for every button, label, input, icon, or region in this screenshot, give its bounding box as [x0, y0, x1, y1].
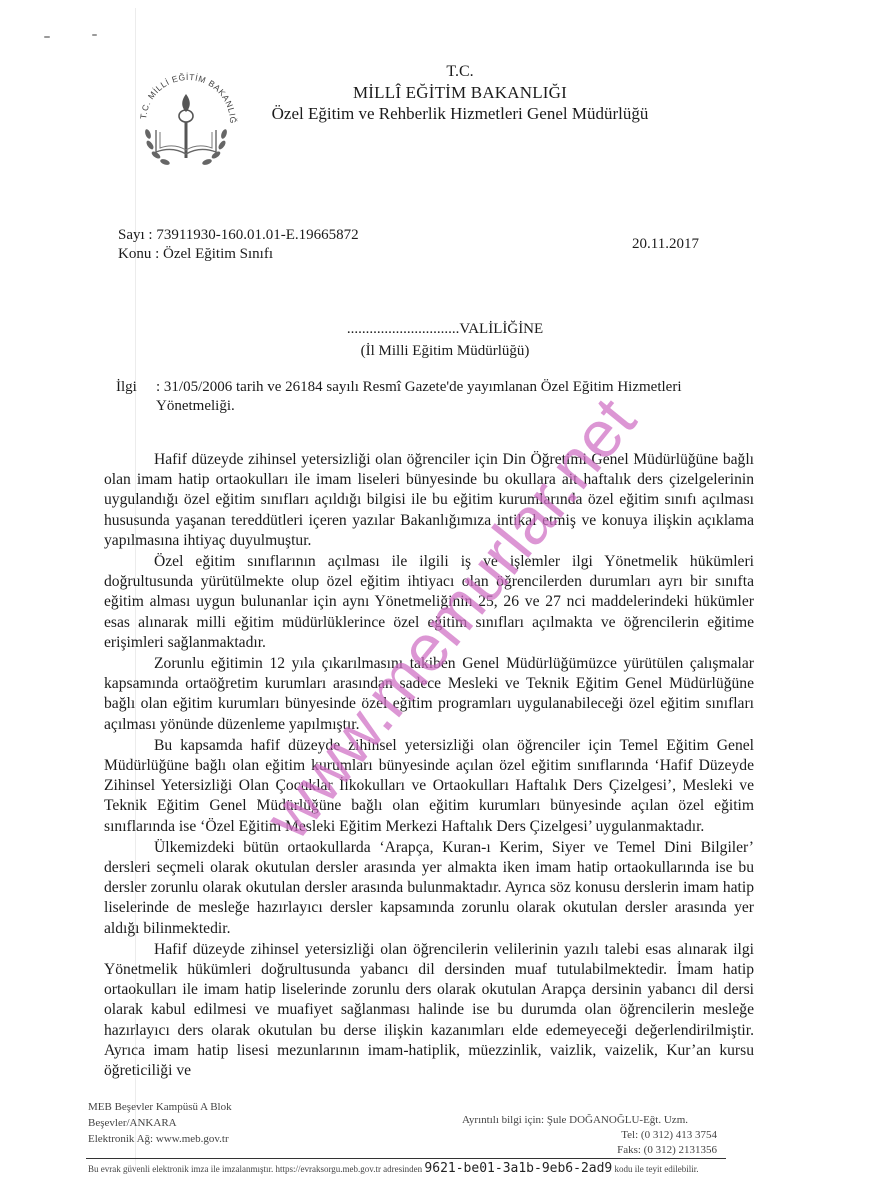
ministry-seal-torch-book-icon: T.C. MİLLİ EĞİTİM BAKANLIĞI: [132, 60, 240, 180]
department-name: Özel Eğitim ve Rehberlik Hizmetleri Gene…: [250, 103, 670, 124]
body-paragraph: Özel eğitim sınıflarının açılması ile il…: [104, 552, 754, 653]
verification-suffix: kodu ile teyit edilebilir.: [615, 1164, 699, 1174]
address-line: Beşevler/ANKARA: [88, 1115, 232, 1131]
document-subject: Konu : Özel Eğitim Sınıfı: [118, 245, 273, 264]
footer-address: MEB Beşevler Kampüsü A Blok Beşevler/ANK…: [88, 1099, 232, 1147]
addressee-subline: (İl Milli Eğitim Müdürlüğü): [280, 340, 610, 362]
body-paragraph: Bu kapsamda hafif düzeyde zihinsel yeter…: [104, 736, 754, 837]
e-signature-note: Bu evrak güvenli elektronik imza ile imz…: [88, 1161, 699, 1176]
footer-contact: Ayrıntılı bilgi için: Şule DOĞANOĞLU-Eğt…: [462, 1113, 717, 1158]
scan-speck: [44, 36, 50, 38]
contact-tel: Tel: (0 312) 413 3754: [462, 1128, 717, 1143]
verification-prefix: Bu evrak güvenli elektronik imza ile imz…: [88, 1164, 422, 1174]
ministry-logo: T.C. MİLLİ EĞİTİM BAKANLIĞI: [132, 60, 240, 180]
body-paragraph: Zorunlu eğitimin 12 yıla çıkarılmasını t…: [104, 654, 754, 735]
body-paragraph: Hafif düzeyde zihinsel yetersizliği olan…: [104, 940, 754, 1081]
reference: İlgi : 31/05/2006 tarih ve 26184 sayılı …: [116, 378, 756, 416]
addressee-line: ..............................VALİLİĞİNE: [280, 318, 610, 340]
document-date: 20.11.2017: [632, 236, 699, 253]
website-line: Elektronik Ağ: www.meb.gov.tr: [88, 1131, 232, 1147]
konu-label: Konu: [118, 246, 151, 262]
scan-speck: [92, 34, 97, 36]
sayi-value: : 73911930-160.01.01-E.19665872: [148, 227, 358, 243]
body-paragraph: Ülkemizdeki bütün ortaokullarda ‘Arapça,…: [104, 838, 754, 939]
ministry-name: MİLLÎ EĞİTİM BAKANLIĞI: [250, 82, 670, 103]
addressee: ..............................VALİLİĞİNE…: [280, 318, 610, 362]
konu-value: : Özel Eğitim Sınıfı: [155, 246, 273, 262]
reference-text: : 31/05/2006 tarih ve 26184 sayılı Resmî…: [156, 378, 756, 416]
address-line: MEB Beşevler Kampüsü A Blok: [88, 1099, 232, 1115]
contact-person: Ayrıntılı bilgi için: Şule DOĞANOĞLU-Eğt…: [462, 1113, 717, 1128]
contact-fax: Faks: (0 312) 2131356: [462, 1143, 717, 1158]
letterhead: T.C. MİLLÎ EĞİTİM BAKANLIĞI Özel Eğitim …: [250, 62, 670, 124]
document-number: Sayı : 73911930-160.01.01-E.19665872: [118, 226, 359, 245]
letter-body: Hafif düzeyde zihinsel yetersizliği olan…: [104, 450, 754, 1082]
svg-text:T.C. MİLLİ EĞİTİM BAKANLIĞI: T.C. MİLLİ EĞİTİM BAKANLIĞI: [132, 60, 238, 124]
body-paragraph: Hafif düzeyde zihinsel yetersizliği olan…: [104, 450, 754, 551]
reference-label: İlgi: [116, 378, 137, 397]
country-label: T.C.: [250, 62, 670, 82]
footer-divider: [86, 1158, 726, 1159]
verification-code: 9621-be01-3a1b-9eb6-2ad9: [424, 1161, 612, 1176]
sayi-label: Sayı: [118, 227, 145, 243]
